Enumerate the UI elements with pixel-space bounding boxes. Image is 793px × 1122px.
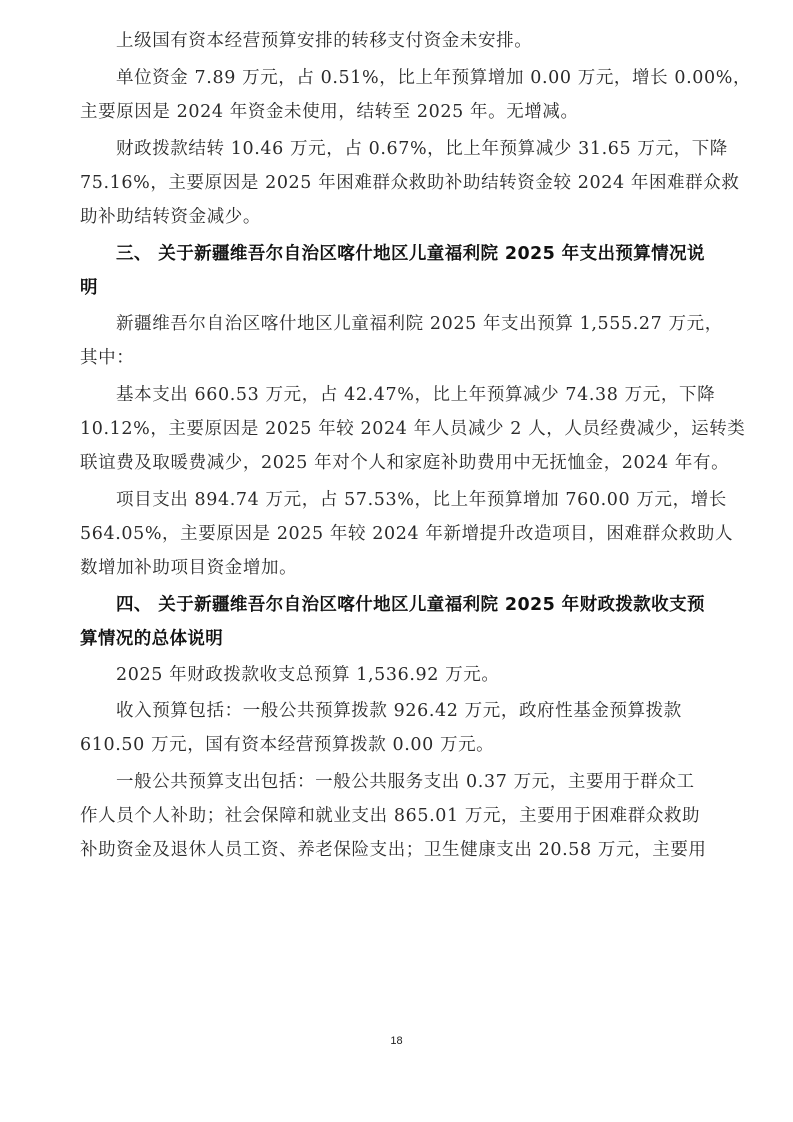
paragraph-expenditure-total-line-1: 新疆维吾尔自治区喀什地区儿童福利院 2025 年支出预算 1,555.27 万元… xyxy=(116,313,756,335)
paragraph-expenditure-total-line-2: 其中： xyxy=(80,347,720,369)
paragraph-general-public-expenditure-line-3: 补助资金及退休人员工资、养老保险支出；卫生健康支出 20.58 万元，主要用 xyxy=(80,839,720,861)
paragraph-unit-funds-line-1: 单位资金 7.89 万元，占 0.51%，比上年预算增加 0.00 万元，增长 … xyxy=(116,67,756,89)
paragraph-fiscal-carryover-line-2: 75.16%，主要原因是 2025 年困难群众救助补助结转资金较 2024 年困… xyxy=(80,172,720,194)
paragraph-income-budget-line-1: 收入预算包括：一般公共预算拨款 926.42 万元，政府性基金预算拨款 xyxy=(116,700,756,722)
paragraph-unit-funds-line-2: 主要原因是 2024 年资金未使用，结转至 2025 年。无增减。 xyxy=(80,101,720,123)
section-heading-4-line-1: 四、 关于新疆维吾尔自治区喀什地区儿童福利院 2025 年财政拨款收支预 xyxy=(116,594,756,616)
paragraph-project-expenditure-line-3: 数增加补助项目资金增加。 xyxy=(80,557,720,579)
section-heading-4-line-2: 算情况的总体说明 xyxy=(80,628,720,650)
paragraph-transfer-payment: 上级国有资本经营预算安排的转移支付资金未安排。 xyxy=(116,30,756,52)
paragraph-project-expenditure-line-2: 564.05%，主要原因是 2025 年较 2024 年新增提升改造项目，困难群… xyxy=(80,523,720,545)
paragraph-fiscal-carryover-line-1: 财政拨款结转 10.46 万元，占 0.67%，比上年预算减少 31.65 万元… xyxy=(116,138,756,160)
paragraph-project-expenditure-line-1: 项目支出 894.74 万元，占 57.53%，比上年预算增加 760.00 万… xyxy=(116,489,756,511)
paragraph-basic-expenditure-line-1: 基本支出 660.53 万元，占 42.47%，比上年预算减少 74.38 万元… xyxy=(116,384,756,406)
paragraph-general-public-expenditure-line-1: 一般公共预算支出包括：一般公共服务支出 0.37 万元，主要用于群众工 xyxy=(116,771,756,793)
section-heading-3-line-2: 明 xyxy=(80,277,720,299)
paragraph-fiscal-carryover-line-3: 助补助结转资金减少。 xyxy=(80,206,720,228)
section-heading-3-line-1: 三、 关于新疆维吾尔自治区喀什地区儿童福利院 2025 年支出预算情况说 xyxy=(116,243,756,265)
paragraph-basic-expenditure-line-3: 联谊费及取暖费减少，2025 年对个人和家庭补助费用中无抚恤金，2024 年有。 xyxy=(80,452,720,474)
paragraph-general-public-expenditure-line-2: 作人员个人补助；社会保障和就业支出 865.01 万元，主要用于困难群众救助 xyxy=(80,805,720,827)
page-number: 18 xyxy=(0,1035,793,1047)
paragraph-fiscal-total-budget: 2025 年财政拨款收支总预算 1,536.92 万元。 xyxy=(116,664,756,686)
document-page: 上级国有资本经营预算安排的转移支付资金未安排。 单位资金 7.89 万元，占 0… xyxy=(0,0,793,1122)
paragraph-basic-expenditure-line-2: 10.12%，主要原因是 2025 年较 2024 年人员减少 2 人，人员经费… xyxy=(80,418,720,440)
paragraph-income-budget-line-2: 610.50 万元，国有资本经营预算拨款 0.00 万元。 xyxy=(80,734,720,756)
